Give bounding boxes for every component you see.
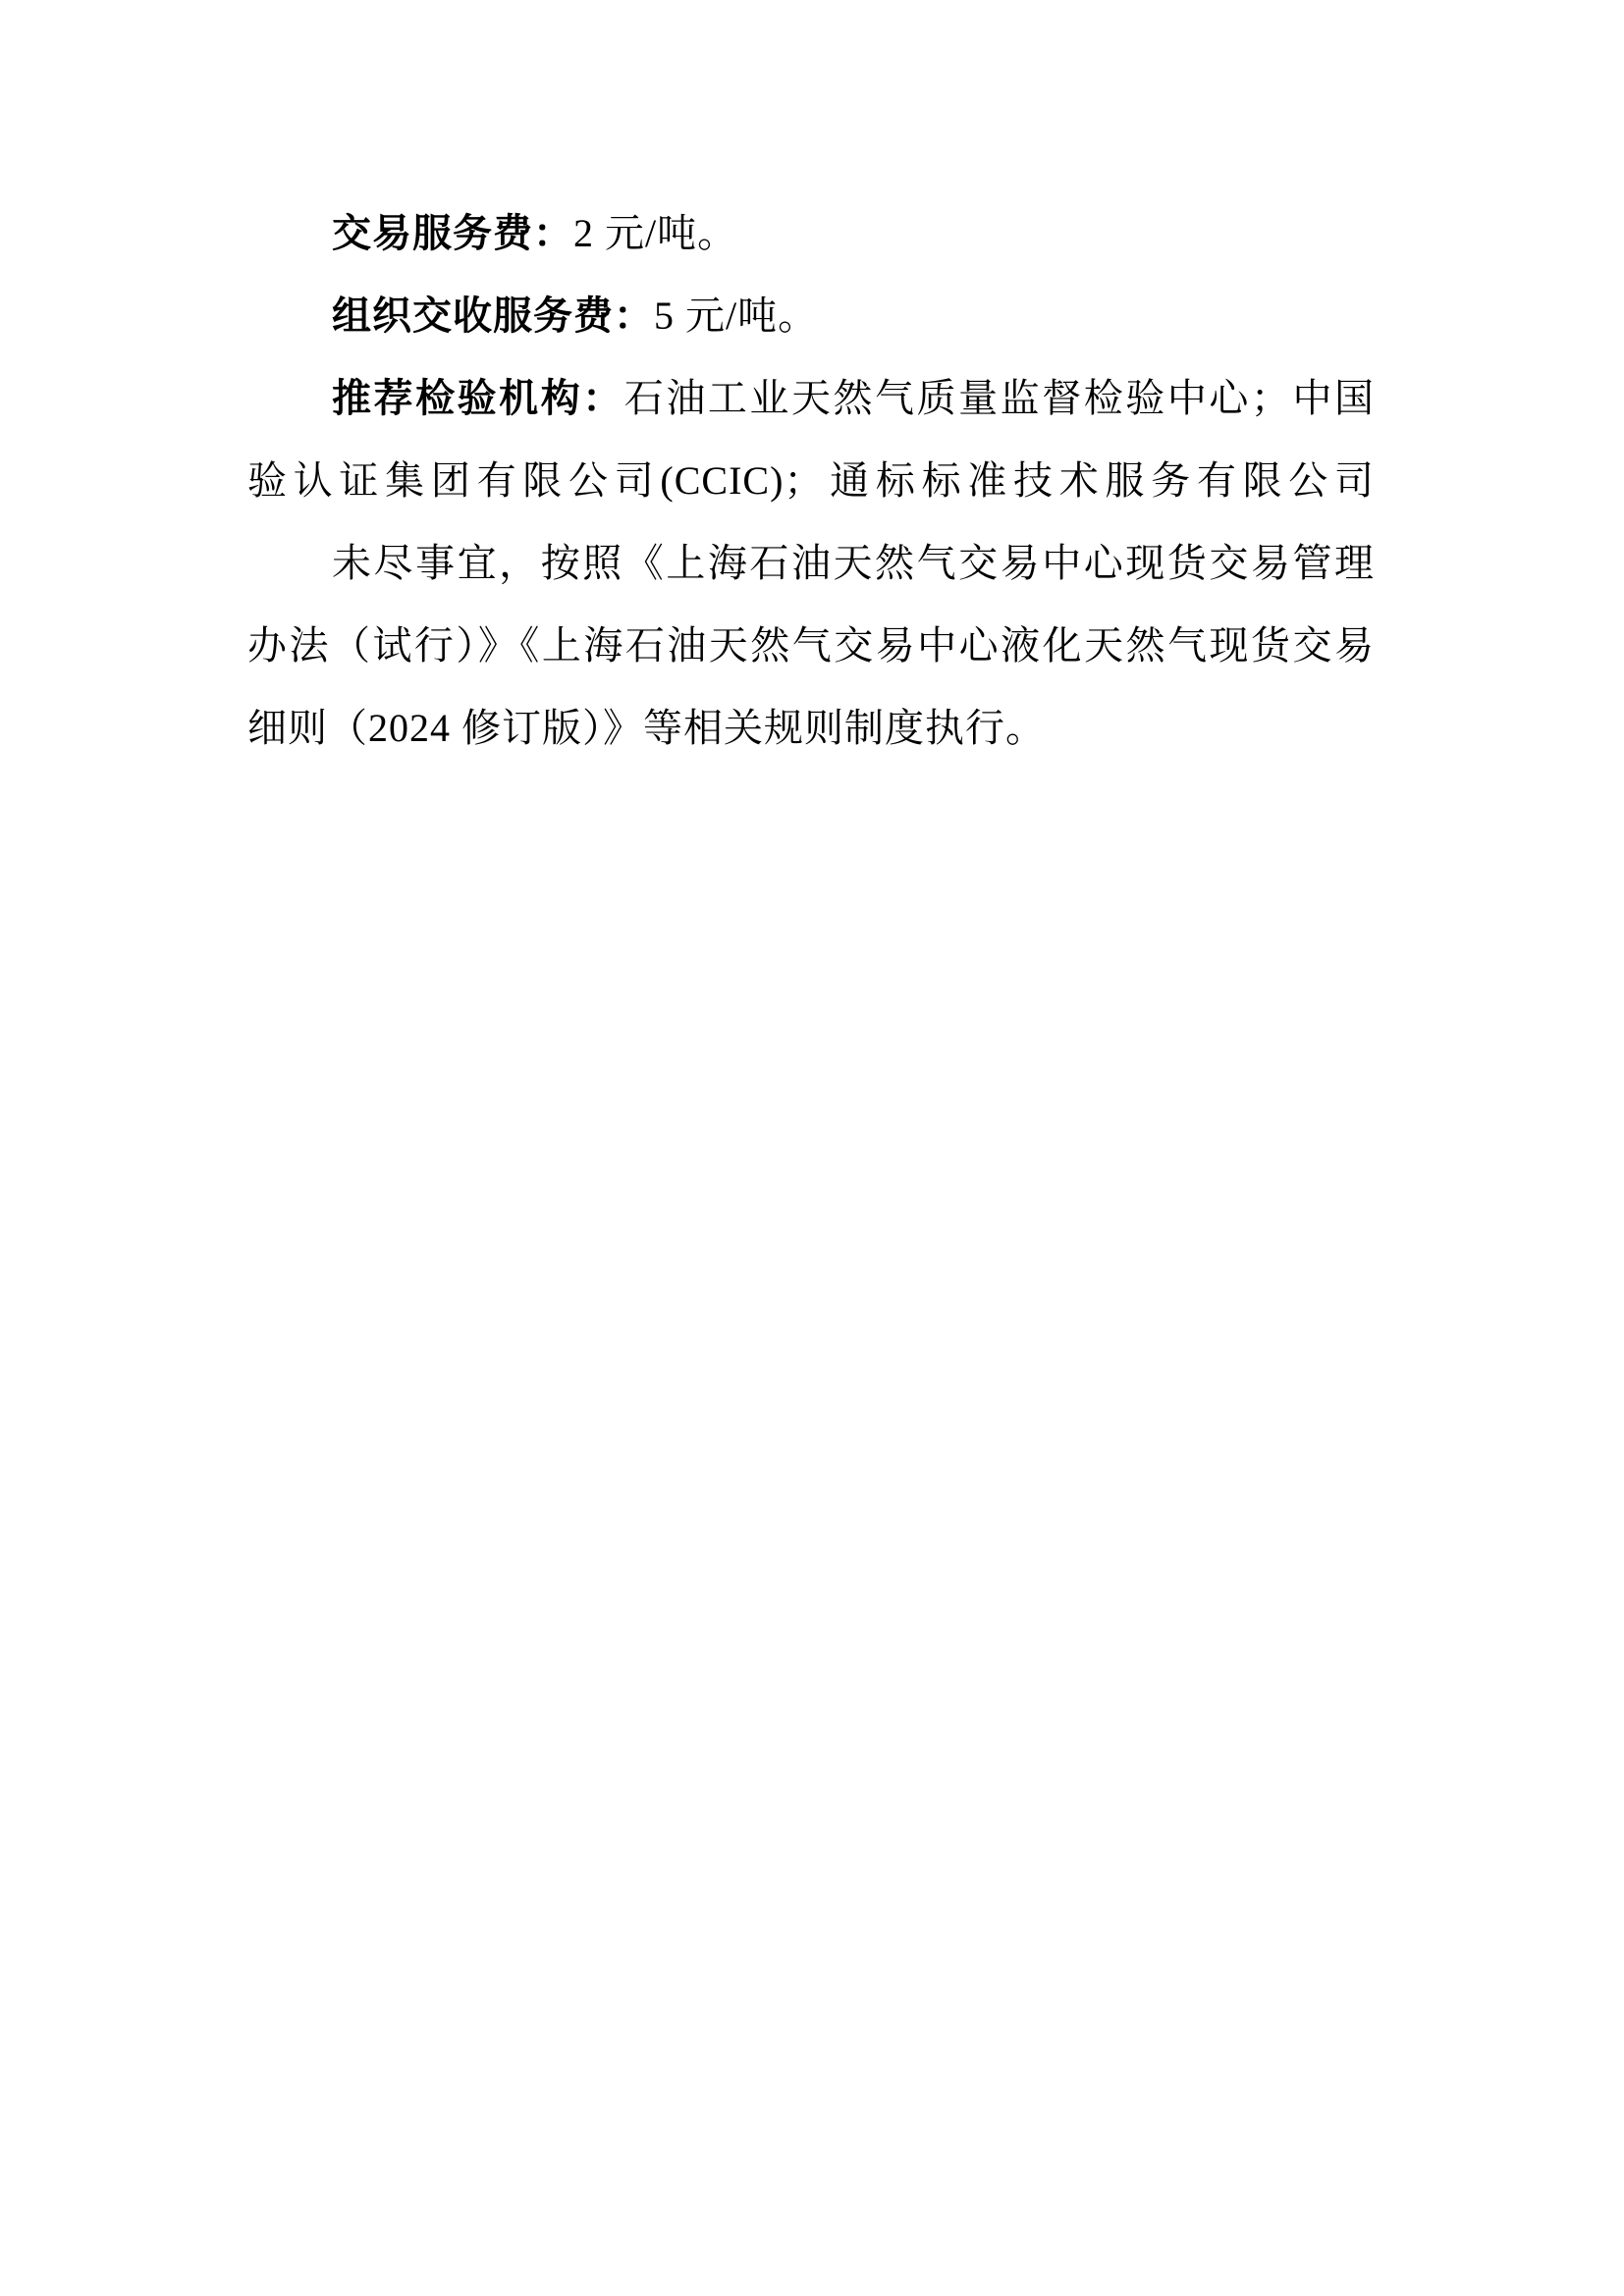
paragraph-label-text: 推荐检验机构： xyxy=(332,376,624,420)
paragraph-label-text: 组织交收服务费： xyxy=(332,294,654,338)
paragraph-body-text: 5 元/吨。 xyxy=(654,294,818,338)
paragraph-body-text: 2 元/吨。 xyxy=(573,211,737,255)
document-line: 组织交收服务费：5 元/吨。 xyxy=(247,275,1375,357)
paragraph-body-text: 细则（2024 修订版）》等相关规则制度执行。 xyxy=(247,706,1046,750)
paragraph-body-text: 验认证集团有限公司(CCIC)；通标标准技术服务有限公司(SGS)。 xyxy=(247,458,1375,522)
document-line: 验认证集团有限公司(CCIC)；通标标准技术服务有限公司(SGS)。 xyxy=(247,440,1375,522)
document-line: 办法（试行）》《上海石油天然气交易中心液化天然气现货交易 xyxy=(247,605,1375,687)
document-body: 交易服务费：2 元/吨。组织交收服务费：5 元/吨。推荐检验机构：石油工业天然气… xyxy=(247,192,1375,770)
document-line: 未尽事宜，按照《上海石油天然气交易中心现货交易管理 xyxy=(247,522,1375,605)
document-line: 细则（2024 修订版）》等相关规则制度执行。 xyxy=(247,687,1375,770)
paragraph-body-text: 办法（试行）》《上海石油天然气交易中心液化天然气现货交易 xyxy=(247,623,1375,667)
paragraph-label-text: 交易服务费： xyxy=(332,211,573,255)
document-line: 交易服务费：2 元/吨。 xyxy=(247,192,1375,275)
document-line: 推荐检验机构：石油工业天然气质量监督检验中心；中国检 xyxy=(247,357,1375,440)
paragraph-body-text: 未尽事宜，按照《上海石油天然气交易中心现货交易管理 xyxy=(332,541,1375,585)
document-page: 交易服务费：2 元/吨。组织交收服务费：5 元/吨。推荐检验机构：石油工业天然气… xyxy=(0,0,1624,2296)
